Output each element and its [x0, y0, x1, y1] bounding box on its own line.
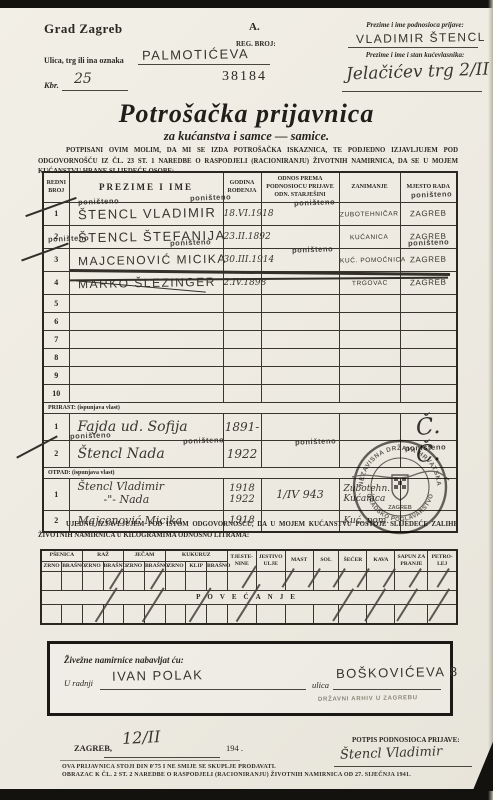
row-number: 1 [43, 478, 69, 510]
year-printed: 194 . [226, 743, 243, 753]
ponisteno-stamp: poništeno [408, 237, 450, 247]
ponisteno-stamp: poništeno [295, 436, 337, 446]
row-number: 4 [43, 271, 69, 294]
applicant-name-handwriting: VLADIMIR ŠTENCL [356, 30, 486, 46]
row-number: 5 [43, 294, 69, 312]
ponisteno-stamp: poništeno [411, 189, 453, 199]
otpad-date-handwriting: 1/IV 943 [276, 488, 324, 501]
col-petrolej: PETRO-LEJ [428, 550, 457, 571]
col-sol: SOL [313, 550, 339, 571]
round-official-stamp: NEZAVISNA DRŽAVA HRVATSKA GRADSKO POGLAV… [350, 437, 450, 537]
landlord-label: Prezime i ime i stan kućevlasnika: [350, 51, 480, 59]
group-kukuruz: KUKURUZ [165, 550, 227, 561]
occupation-handwriting: TRGOVAC [352, 280, 388, 288]
shop-street-handwriting: BOŠKOVIĆEVA 8 [336, 664, 459, 681]
radnja-label: U radnji [64, 678, 93, 688]
reg-broj-number: 38184 [222, 69, 267, 85]
kbr-label: Kbr. [44, 80, 59, 90]
col-kava: KAVA [367, 550, 395, 571]
date-underline [104, 757, 220, 758]
signature-underline [334, 766, 472, 767]
group-jecam: JEČAM [124, 550, 165, 561]
ponisteno-stamp: poništeno [190, 192, 232, 202]
sub-zrno: ZRNO [82, 561, 103, 571]
scanned-form-page: Grad Zagreb A. REG. BROJ: Prezime i ime … [0, 0, 493, 800]
fineprint-rule [60, 760, 240, 761]
prirast-year-handwriting: 1922 [227, 447, 258, 461]
row-number: 10 [43, 384, 69, 402]
birth-date-handwriting: 23.II.1892 [224, 232, 271, 242]
table-row: 7 [43, 330, 457, 348]
landlord-handwriting: Jelačićev trg 2/II [346, 60, 490, 85]
sub-brasno: BRAŠNO [207, 561, 228, 571]
prirast-year-handwriting: 1891- [225, 420, 260, 434]
table-row: 9 [43, 366, 457, 384]
occupation-handwriting: KUĆ. POMOĆNICA [339, 256, 405, 264]
date-handwriting: 12/II [122, 727, 161, 748]
birth-date-handwriting: 30.III.1914 [224, 255, 275, 265]
form-subtitle: za kućanstva i samce — samice. [0, 129, 493, 144]
archive-stamp: DRŽAVNI ARHIV U ZAGREBU [318, 695, 418, 703]
scan-edge-bottom [0, 789, 493, 800]
row-number: 2 [43, 440, 69, 467]
ponisteno-stamp: poništeno [78, 196, 120, 206]
radnja-underline [100, 689, 306, 690]
group-psenica: PŠENICA [41, 550, 82, 561]
row-number: 8 [43, 348, 69, 366]
col-tjestenine: TJESTE-NINE [227, 550, 256, 571]
shop-heading: Živežne namirnice nabavljat ću: [64, 655, 184, 665]
kbr-underline [62, 90, 128, 91]
birth-date-handwriting: 18.VI.1918 [224, 209, 274, 219]
otpad-year-handwriting: 1918 [229, 483, 254, 494]
shop-box: Živežne namirnice nabavljat ću: U radnji… [47, 641, 453, 716]
table-row: 6 [43, 312, 457, 330]
workplace-handwriting: ZAGREB [410, 255, 447, 265]
sub-klip: KLIP [186, 561, 207, 571]
ulica-underline [333, 689, 441, 690]
person-name-handwriting: ŠTENCL VLADIMIR [77, 205, 216, 222]
sub-brasno: BRAŠNO [62, 561, 83, 571]
supplies-table: PŠENICA RAŽ JEČAM KUKURUZ TJESTE-NINE JE… [40, 549, 458, 625]
prirast-label-row: PRIRAST: (ispunjava vlast) [43, 402, 457, 413]
prirast-name-handwriting: Štencl Nada [78, 446, 165, 462]
sub-zrno: ZRNO [41, 561, 62, 571]
shop-name-handwriting: IVAN POLAK [112, 667, 204, 684]
otpad-name-handwriting: -"- Nada [104, 494, 150, 507]
table-row: 3 MAJCENOVIĆ MICIKA 30.III.1914 KUĆ. POM… [43, 248, 457, 271]
ponisteno-stamp: poništeno [292, 244, 334, 254]
city-title: Grad Zagreb [44, 21, 123, 37]
scan-corner-fold [469, 733, 493, 791]
col-header-redni-broj: REDNI BROJ [43, 172, 69, 202]
section-letter: A. [249, 21, 260, 33]
occupation-handwriting: KUĆANICA [350, 234, 389, 242]
sub-zrno: ZRNO [165, 561, 186, 571]
form-title: Potrošačka prijavnica [0, 99, 493, 129]
ulica-label: ulica [312, 680, 329, 690]
row-number: 7 [43, 330, 69, 348]
ponisteno-stamp: poništeno [183, 435, 225, 445]
landlord-underline [342, 91, 482, 92]
person-name-handwriting: MAJCENOVIĆ MICIKA [77, 251, 226, 268]
table-row: 10 [43, 384, 457, 402]
street-handwriting: PALMOTIĆEVA [142, 46, 249, 63]
signature-handwriting: Štencl Vladimir [340, 744, 443, 763]
kbr-handwriting: 25 [74, 71, 92, 87]
table-row: 8 [43, 348, 457, 366]
street-label: Ulica, trg ili ina oznaka [44, 56, 124, 65]
stamp-text-center: ZAGREB [388, 505, 412, 511]
applicant-underline [348, 47, 478, 48]
workplace-handwriting: ZAGREB [410, 278, 447, 288]
scan-edge-top [0, 0, 493, 8]
ponisteno-stamp: poništeno [48, 233, 90, 243]
prirast-label: PRIRAST: (ispunjava vlast) [43, 402, 457, 413]
fine-print-line1: OVA PRIJAVNICA STOJI DIN 0'75 I NE SMIJE… [62, 764, 276, 770]
stamp-text-top: NEZAVISNA DRŽAVA HRVATSKA [358, 443, 442, 487]
street-underline [138, 64, 270, 65]
ponisteno-stamp: poništeno [170, 237, 212, 247]
applicant-label: Prezime i ime podnosioca prijave: [350, 21, 480, 29]
row-number: 9 [43, 366, 69, 384]
occupation-handwriting: ZUBOTEHNIČAR [340, 210, 399, 218]
svg-text:NEZAVISNA DRŽAVA HRVATSKA: NEZAVISNA DRŽAVA HRVATSKA [358, 443, 442, 487]
place-label: ZAGREB, [74, 743, 112, 753]
col-header-zanimanje: ZANIMANJE [339, 172, 400, 202]
fine-print-line2: OBRAZAC K ČL. 2 ST. 2 NAREDBE O RASPODJE… [62, 772, 411, 778]
table-row: 5 [43, 294, 457, 312]
ponisteno-stamp: poništeno [70, 430, 112, 440]
ponisteno-stamp: poništeno [294, 197, 336, 207]
col-jestivo-ulje: JESTIVO ULJE [256, 550, 285, 571]
otpad-year-handwriting: 1922 [229, 494, 254, 505]
col-mast: MAST [285, 550, 313, 571]
workplace-handwriting: ZAGREB [410, 209, 447, 219]
sub-zrno: ZRNO [124, 561, 145, 571]
col-sapun: SAPUN ZA PRANJE [395, 550, 428, 571]
group-raz: RAŽ [82, 550, 123, 561]
table-row: 2 ŠTENCL ŠTEFANIJA 23.II.1892 KUĆANICA Z… [43, 225, 457, 248]
signature-label: POTPIS PODNOSIOCA PRIJAVE: [352, 736, 460, 744]
row-number: 6 [43, 312, 69, 330]
